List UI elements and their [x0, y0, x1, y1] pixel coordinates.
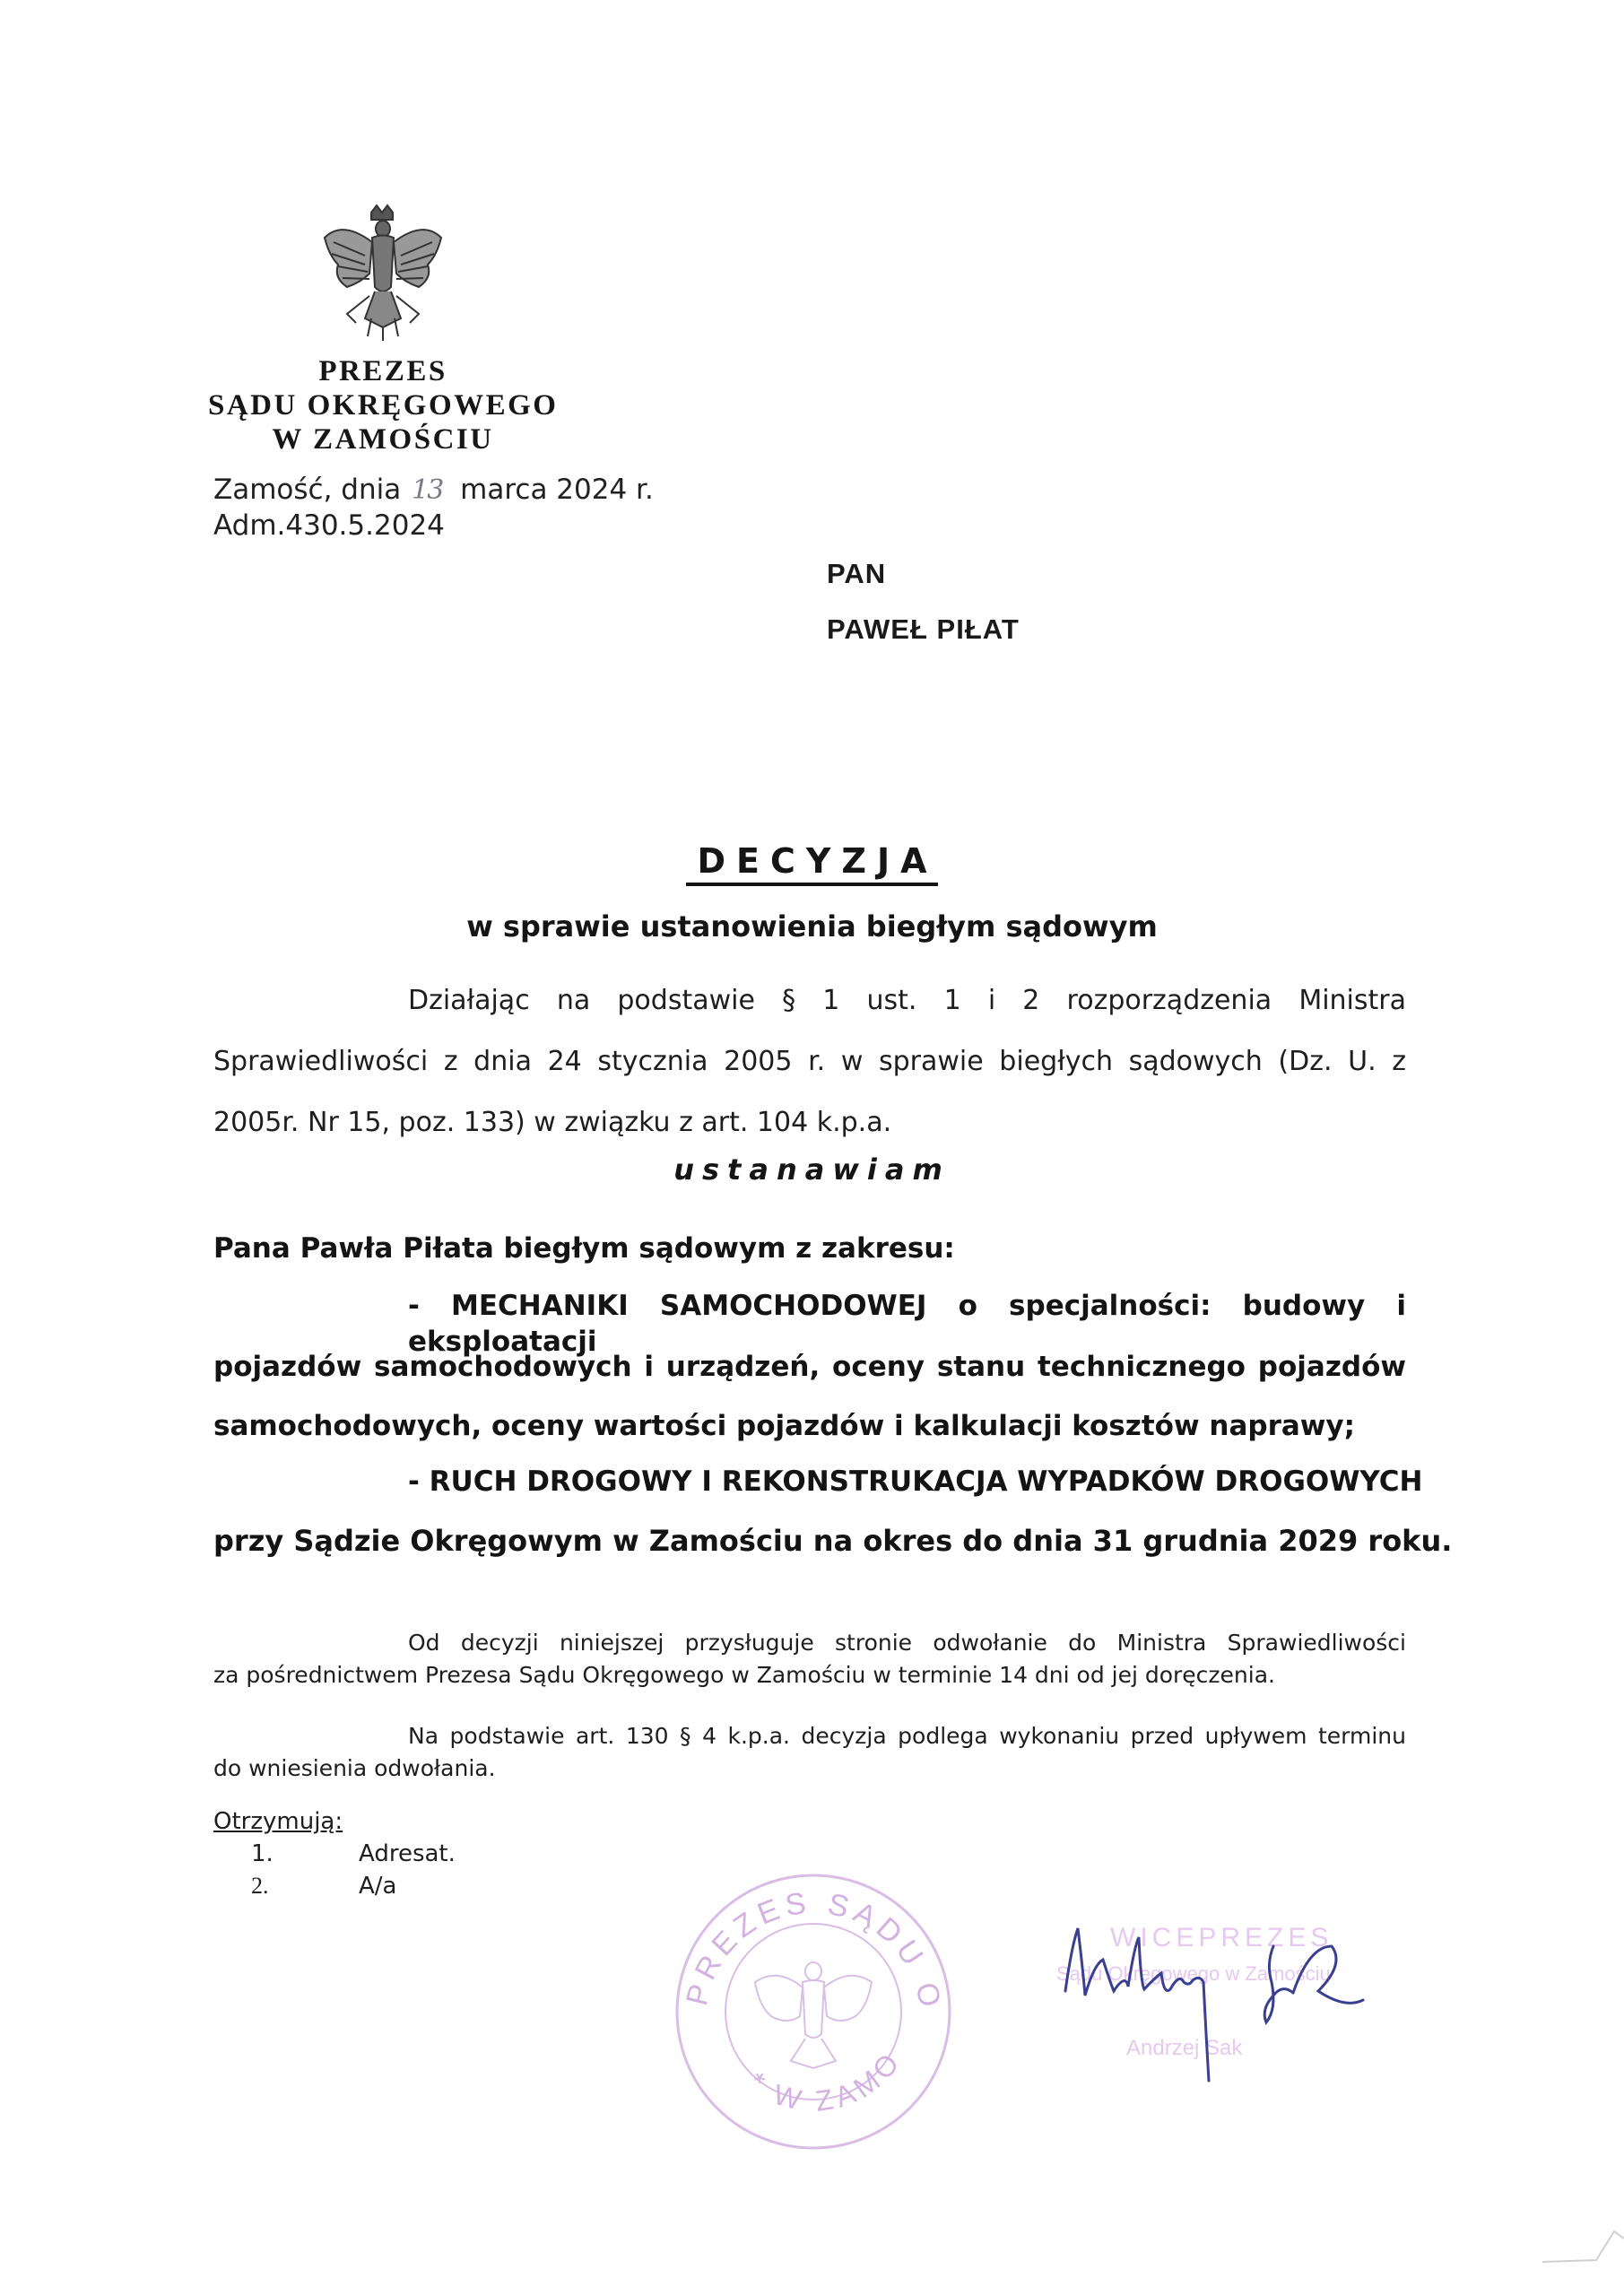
official-round-seal: PREZES SĄDU OKRĘGOWEGO * W ZAMOŚCIU *	[665, 1864, 961, 2160]
legal-basis-line-3: 2005r. Nr 15, poz. 133) w związku z art.…	[213, 1105, 1406, 1141]
scope-2: - RUCH DROGOWY I REKONSTRUKACJA WYPADKÓW…	[408, 1464, 1406, 1500]
recipient-item: 1.Adresat.	[251, 1840, 456, 1867]
legal-basis-line-2: Sprawiedliwości z dnia 24 stycznia 2005 …	[213, 1044, 1406, 1080]
addressee-salutation: PAN	[827, 558, 886, 590]
scan-corner-artifact	[1524, 2215, 1624, 2278]
authority-line-1: PREZES	[208, 354, 558, 388]
execution-notice-line-2: do wniesienia odwołania.	[213, 1754, 1406, 1783]
appeal-notice-line-2: za pośrednictwem Prezesa Sądu Okręgowego…	[213, 1661, 1406, 1690]
recipients-label: Otrzymują:	[213, 1808, 343, 1835]
scope-1-line-3: samochodowych, oceny wartości pojazdów i…	[213, 1408, 1406, 1444]
addressee-name: PAWEŁ PIŁAT	[827, 613, 1020, 646]
polish-eagle-emblem	[316, 202, 450, 345]
document-title: DECYZJA	[0, 841, 1624, 881]
appointment-intro: Pana Pawła Piłata biegłym sądowym z zakr…	[213, 1231, 1406, 1266]
seal-eagle-icon	[755, 1962, 872, 2068]
date-line: Zamość, dnia 13 marca 2024 r.	[213, 472, 654, 509]
appeal-notice-line-1: Od decyzji niniejszej przysługuje stroni…	[408, 1629, 1406, 1657]
legal-basis-line-1: Działając na podstawie § 1 ust. 1 i 2 ro…	[408, 983, 1406, 1019]
issuing-authority: PREZES SĄDU OKRĘGOWEGO W ZAMOŚCIU	[208, 354, 558, 457]
decree-word: ustanawiam	[0, 1152, 1624, 1187]
svg-text:PREZES SĄDU OKRĘGOWEGO: PREZES SĄDU OKRĘGOWEGO	[665, 1864, 948, 2015]
authority-line-3: W ZAMOŚCIU	[208, 422, 558, 457]
reference-number: Adm.430.5.2024	[213, 508, 445, 544]
date-suffix: marca 2024 r.	[460, 474, 654, 506]
handwritten-signature	[1058, 1910, 1435, 2099]
authority-line-2: SĄDU OKRĘGOWEGO	[208, 388, 558, 422]
execution-notice-line-1: Na podstawie art. 130 § 4 k.p.a. decyzja…	[408, 1722, 1406, 1751]
document-subtitle: w sprawie ustanowienia biegłym sądowym	[0, 909, 1624, 944]
recipient-item: 2.A/a	[251, 1873, 396, 1900]
date-prefix: Zamość, dnia	[213, 474, 401, 506]
handwritten-day: 13	[412, 474, 442, 506]
scope-1-line-2: pojazdów samochodowych i urządzeń, oceny…	[213, 1349, 1406, 1385]
appointment-term: przy Sądzie Okręgowym w Zamościu na okre…	[213, 1523, 1406, 1559]
